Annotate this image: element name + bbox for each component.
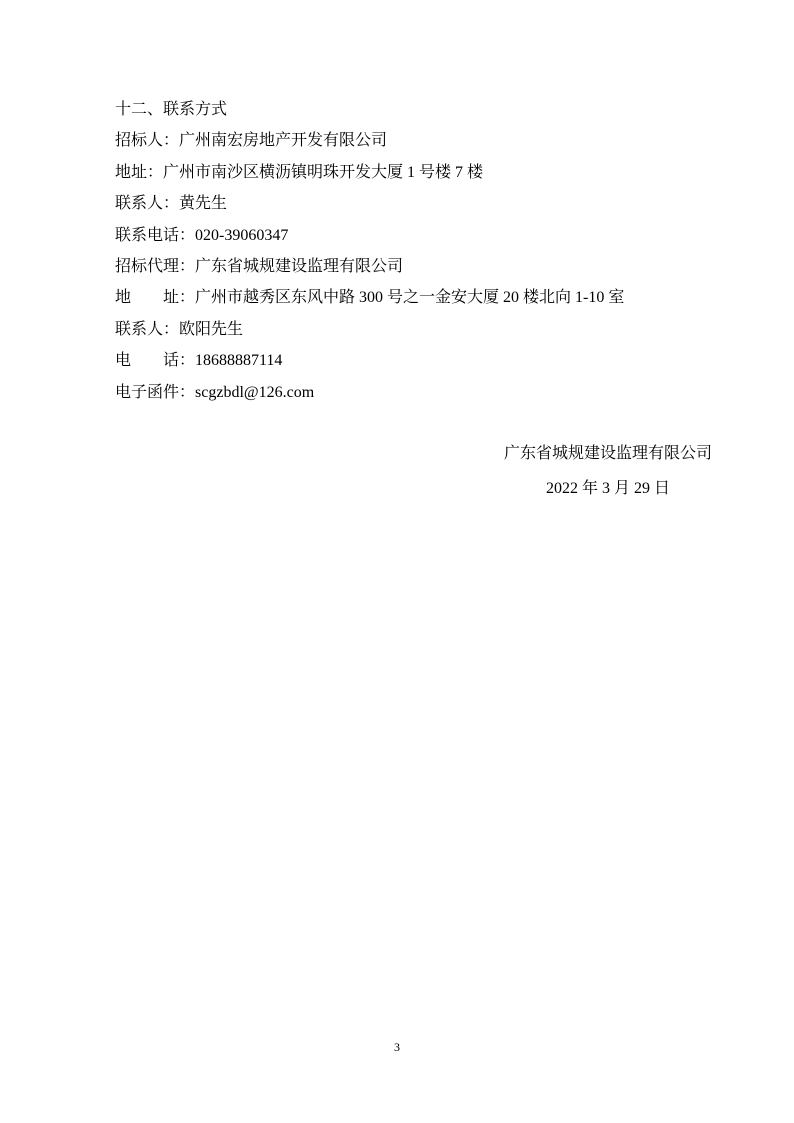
signature-block: 广东省城规建设监理有限公司 2022 年 3 月 29 日	[504, 436, 712, 506]
contact-line-agent-address: 地 址：广州市越秀区东风中路 300 号之一金安大厦 20 楼北向 1-10 室	[115, 282, 715, 313]
field-label: 地 址：	[115, 289, 195, 306]
contact-line-tenderer: 招标人：广州南宏房地产开发有限公司	[115, 125, 715, 156]
field-label: 地址：	[115, 164, 163, 181]
field-label: 联系人：	[115, 321, 179, 338]
document-page: 十二、联系方式 招标人：广州南宏房地产开发有限公司 地址：广州市南沙区横沥镇明珠…	[0, 0, 794, 1123]
field-value: 广州市南沙区横沥镇明珠开发大厦 1 号楼 7 楼	[163, 164, 483, 181]
section-heading: 十二、联系方式	[115, 94, 715, 125]
contact-section: 十二、联系方式 招标人：广州南宏房地产开发有限公司 地址：广州市南沙区横沥镇明珠…	[115, 94, 715, 408]
field-value: 欧阳先生	[179, 321, 243, 338]
contact-line-agent: 招标代理：广东省城规建设监理有限公司	[115, 251, 715, 282]
contact-line-agent-email: 电子函件：scgzbdl@126.com	[115, 377, 715, 408]
field-label: 电 话：	[115, 352, 195, 369]
contact-line-tenderer-phone: 联系电话：020-39060347	[115, 220, 715, 251]
field-value: 广东省城规建设监理有限公司	[195, 258, 403, 275]
field-value: 黄先生	[179, 195, 227, 212]
field-value: scgzbdl@126.com	[195, 384, 314, 401]
contact-line-tenderer-address: 地址：广州市南沙区横沥镇明珠开发大厦 1 号楼 7 楼	[115, 157, 715, 188]
field-label: 联系人：	[115, 195, 179, 212]
field-value: 广州南宏房地产开发有限公司	[179, 132, 387, 149]
field-value: 广州市越秀区东风中路 300 号之一金安大厦 20 楼北向 1-10 室	[195, 289, 624, 306]
contact-line-agent-contact: 联系人：欧阳先生	[115, 314, 715, 345]
contact-line-agent-phone: 电 话：18688887114	[115, 345, 715, 376]
field-label: 招标人：	[115, 132, 179, 149]
field-label: 联系电话：	[115, 227, 195, 244]
page-number: 3	[0, 1040, 794, 1054]
field-label: 电子函件：	[115, 384, 195, 401]
field-label: 招标代理：	[115, 258, 195, 275]
field-value: 18688887114	[195, 352, 282, 369]
signature-date: 2022 年 3 月 29 日	[504, 471, 712, 506]
signature-company: 广东省城规建设监理有限公司	[504, 436, 712, 471]
contact-line-tenderer-contact: 联系人：黄先生	[115, 188, 715, 219]
field-value: 020-39060347	[195, 227, 288, 244]
